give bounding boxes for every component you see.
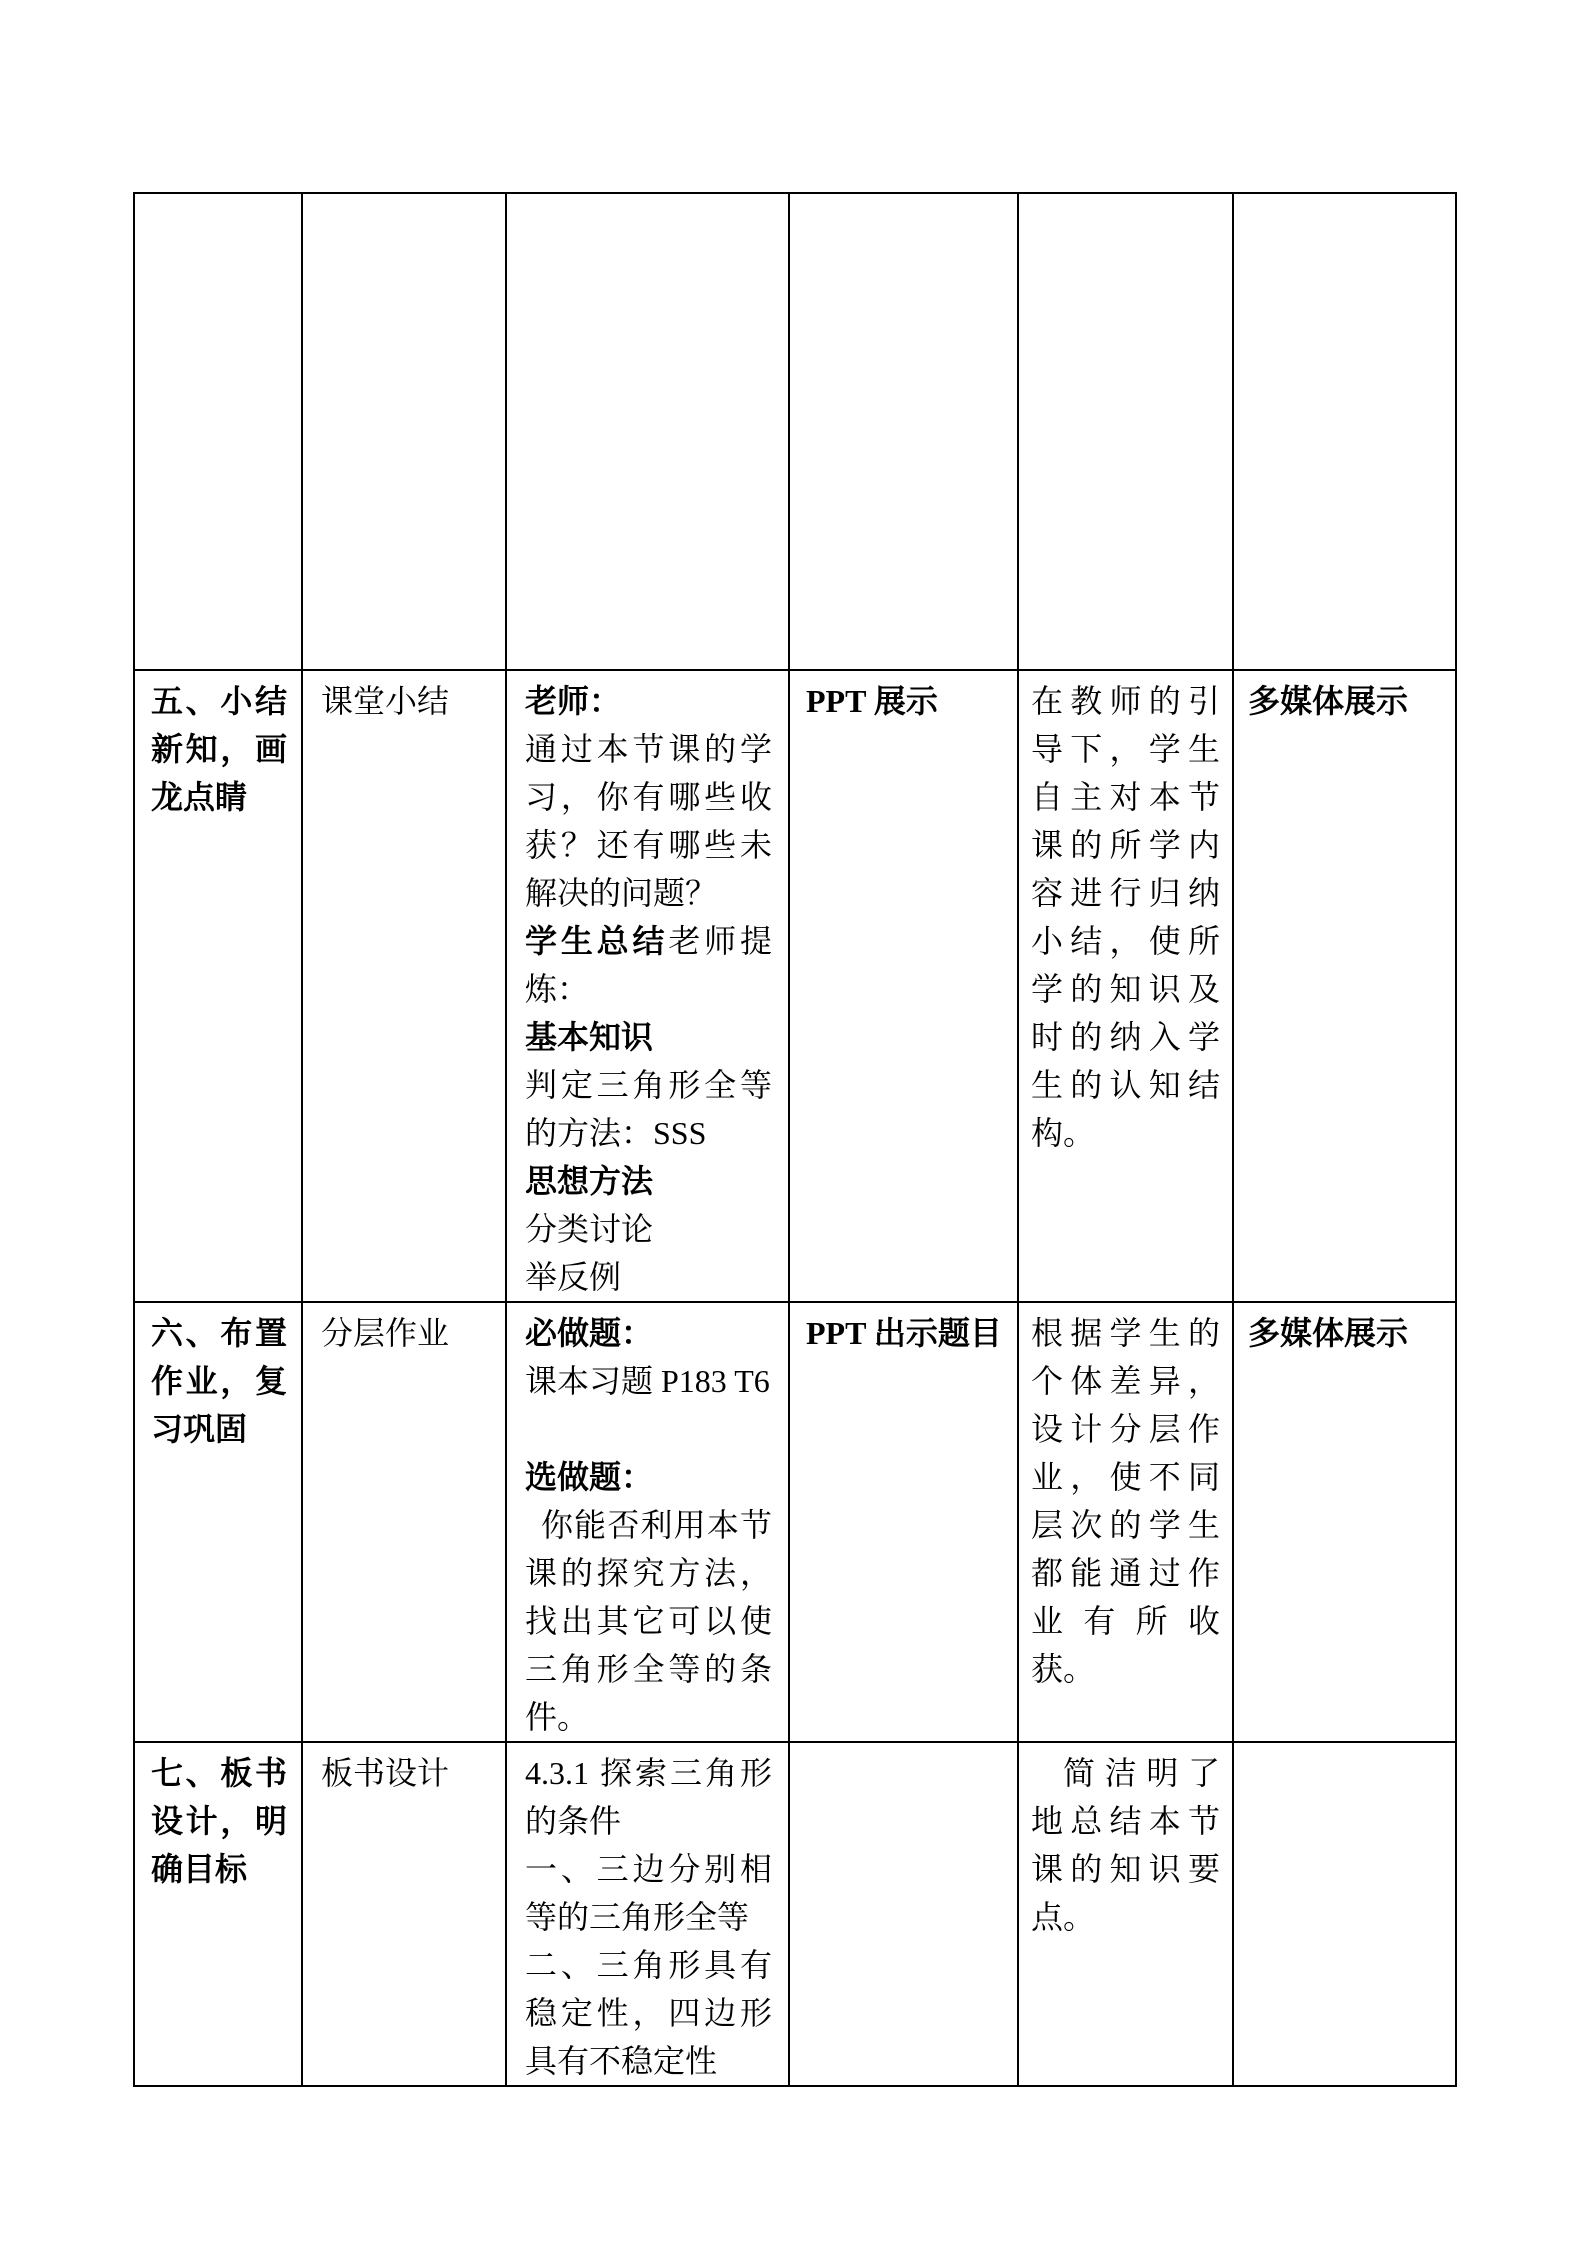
- media-label: PPT 展示: [806, 677, 1009, 725]
- cell-board-stage: 七、板书设计，明确目标: [134, 1742, 302, 2086]
- knowledge-heading: 基本知识: [525, 1013, 772, 1061]
- method-line-1: 分类讨论: [525, 1205, 772, 1253]
- cell-empty-process: [506, 193, 789, 670]
- task-label: 板书设计: [321, 1749, 495, 1797]
- stage-title: 五、小结新知，画龙点睛: [151, 677, 287, 821]
- cell-board-media: [789, 1742, 1018, 2086]
- task-label: 课堂小结: [321, 677, 495, 725]
- cell-homework-task: 分层作业: [302, 1302, 506, 1742]
- method-heading: 思想方法: [525, 1157, 772, 1205]
- cell-homework-process: 必做题： 课本习题 P183 T6 选做题： 你能否利用本节课的探究方法，找出其…: [506, 1302, 789, 1742]
- cell-board-tech: [1233, 1742, 1456, 2086]
- design-intent-text: 根据学生的个体差异，设计分层作业，使不同层次的学生都能通过作业有所收获。: [1031, 1309, 1220, 1693]
- board-line-1: 4.3.1 探索三角形的条件: [525, 1749, 772, 1845]
- lesson-plan-table: 五、小结新知，画龙点睛 课堂小结 老师： 通过本节课的学习，你有哪些收获？还有哪…: [133, 192, 1457, 2087]
- cell-homework-intent: 根据学生的个体差异，设计分层作业，使不同层次的学生都能通过作业有所收获。: [1018, 1302, 1233, 1742]
- table-row-homework: 六、布置作业，复习巩固 分层作业 必做题： 课本习题 P183 T6 选做题： …: [134, 1302, 1456, 1742]
- cell-homework-stage: 六、布置作业，复习巩固: [134, 1302, 302, 1742]
- cell-empty-media: [789, 193, 1018, 670]
- board-line-3: 二、三角形具有稳定性，四边形具有不稳定性: [525, 1941, 772, 2085]
- required-heading: 必做题：: [525, 1309, 772, 1357]
- cell-summary-process: 老师： 通过本节课的学习，你有哪些收获？还有哪些未解决的问题？ 学生总结老师提炼…: [506, 670, 789, 1302]
- optional-heading: 选做题：: [525, 1453, 772, 1501]
- student-summary-line: 学生总结老师提炼：: [525, 917, 772, 1013]
- cell-empty-tech: [1233, 193, 1456, 670]
- cell-board-intent: 简洁明了地总结本节课的知识要点。: [1018, 1742, 1233, 2086]
- board-line-2: 一、三边分别相等的三角形全等: [525, 1845, 772, 1941]
- stage-title: 七、板书设计，明确目标: [151, 1749, 287, 1893]
- cell-summary-task: 课堂小结: [302, 670, 506, 1302]
- table-row-summary: 五、小结新知，画龙点睛 课堂小结 老师： 通过本节课的学习，你有哪些收获？还有哪…: [134, 670, 1456, 1302]
- cell-summary-intent: 在教师的引导下，学生自主对本节课的所学内容进行归纳小结，使所学的知识及时的纳入学…: [1018, 670, 1233, 1302]
- cell-homework-tech: 多媒体展示: [1233, 1302, 1456, 1742]
- design-intent-text: 在教师的引导下，学生自主对本节课的所学内容进行归纳小结，使所学的知识及时的纳入学…: [1031, 677, 1220, 1157]
- method-line-2: 举反例: [525, 1253, 772, 1301]
- knowledge-body: 判定三角形全等的方法：SSS: [525, 1061, 772, 1157]
- optional-body: 你能否利用本节课的探究方法，找出其它可以使三角形全等的条件。: [525, 1501, 772, 1741]
- teacher-label: 老师：: [525, 677, 772, 725]
- teacher-question: 通过本节课的学习，你有哪些收获？还有哪些未解决的问题？: [525, 725, 772, 917]
- task-label: 分层作业: [321, 1309, 495, 1357]
- tech-label: 多媒体展示: [1248, 677, 1447, 725]
- student-summary-bold: 学生总结: [525, 923, 668, 959]
- cell-summary-stage: 五、小结新知，画龙点睛: [134, 670, 302, 1302]
- cell-empty-stage: [134, 193, 302, 670]
- cell-board-task: 板书设计: [302, 1742, 506, 2086]
- design-intent-text: 简洁明了地总结本节课的知识要点。: [1031, 1749, 1220, 1941]
- cell-empty-task: [302, 193, 506, 670]
- table-row-board: 七、板书设计，明确目标 板书设计 4.3.1 探索三角形的条件 一、三边分别相等…: [134, 1742, 1456, 2086]
- cell-homework-media: PPT 出示题目: [789, 1302, 1018, 1742]
- cell-summary-tech: 多媒体展示: [1233, 670, 1456, 1302]
- required-body: 课本习题 P183 T6: [525, 1357, 772, 1405]
- blank-line: [525, 1405, 772, 1453]
- stage-title: 六、布置作业，复习巩固: [151, 1309, 287, 1453]
- media-label: PPT 出示题目: [806, 1309, 1009, 1357]
- table-row-continuation: [134, 193, 1456, 670]
- cell-empty-intent: [1018, 193, 1233, 670]
- cell-summary-media: PPT 展示: [789, 670, 1018, 1302]
- cell-board-process: 4.3.1 探索三角形的条件 一、三边分别相等的三角形全等 二、三角形具有稳定性…: [506, 1742, 789, 2086]
- document-page: 五、小结新知，画龙点睛 课堂小结 老师： 通过本节课的学习，你有哪些收获？还有哪…: [0, 0, 1587, 2245]
- tech-label: 多媒体展示: [1248, 1309, 1447, 1357]
